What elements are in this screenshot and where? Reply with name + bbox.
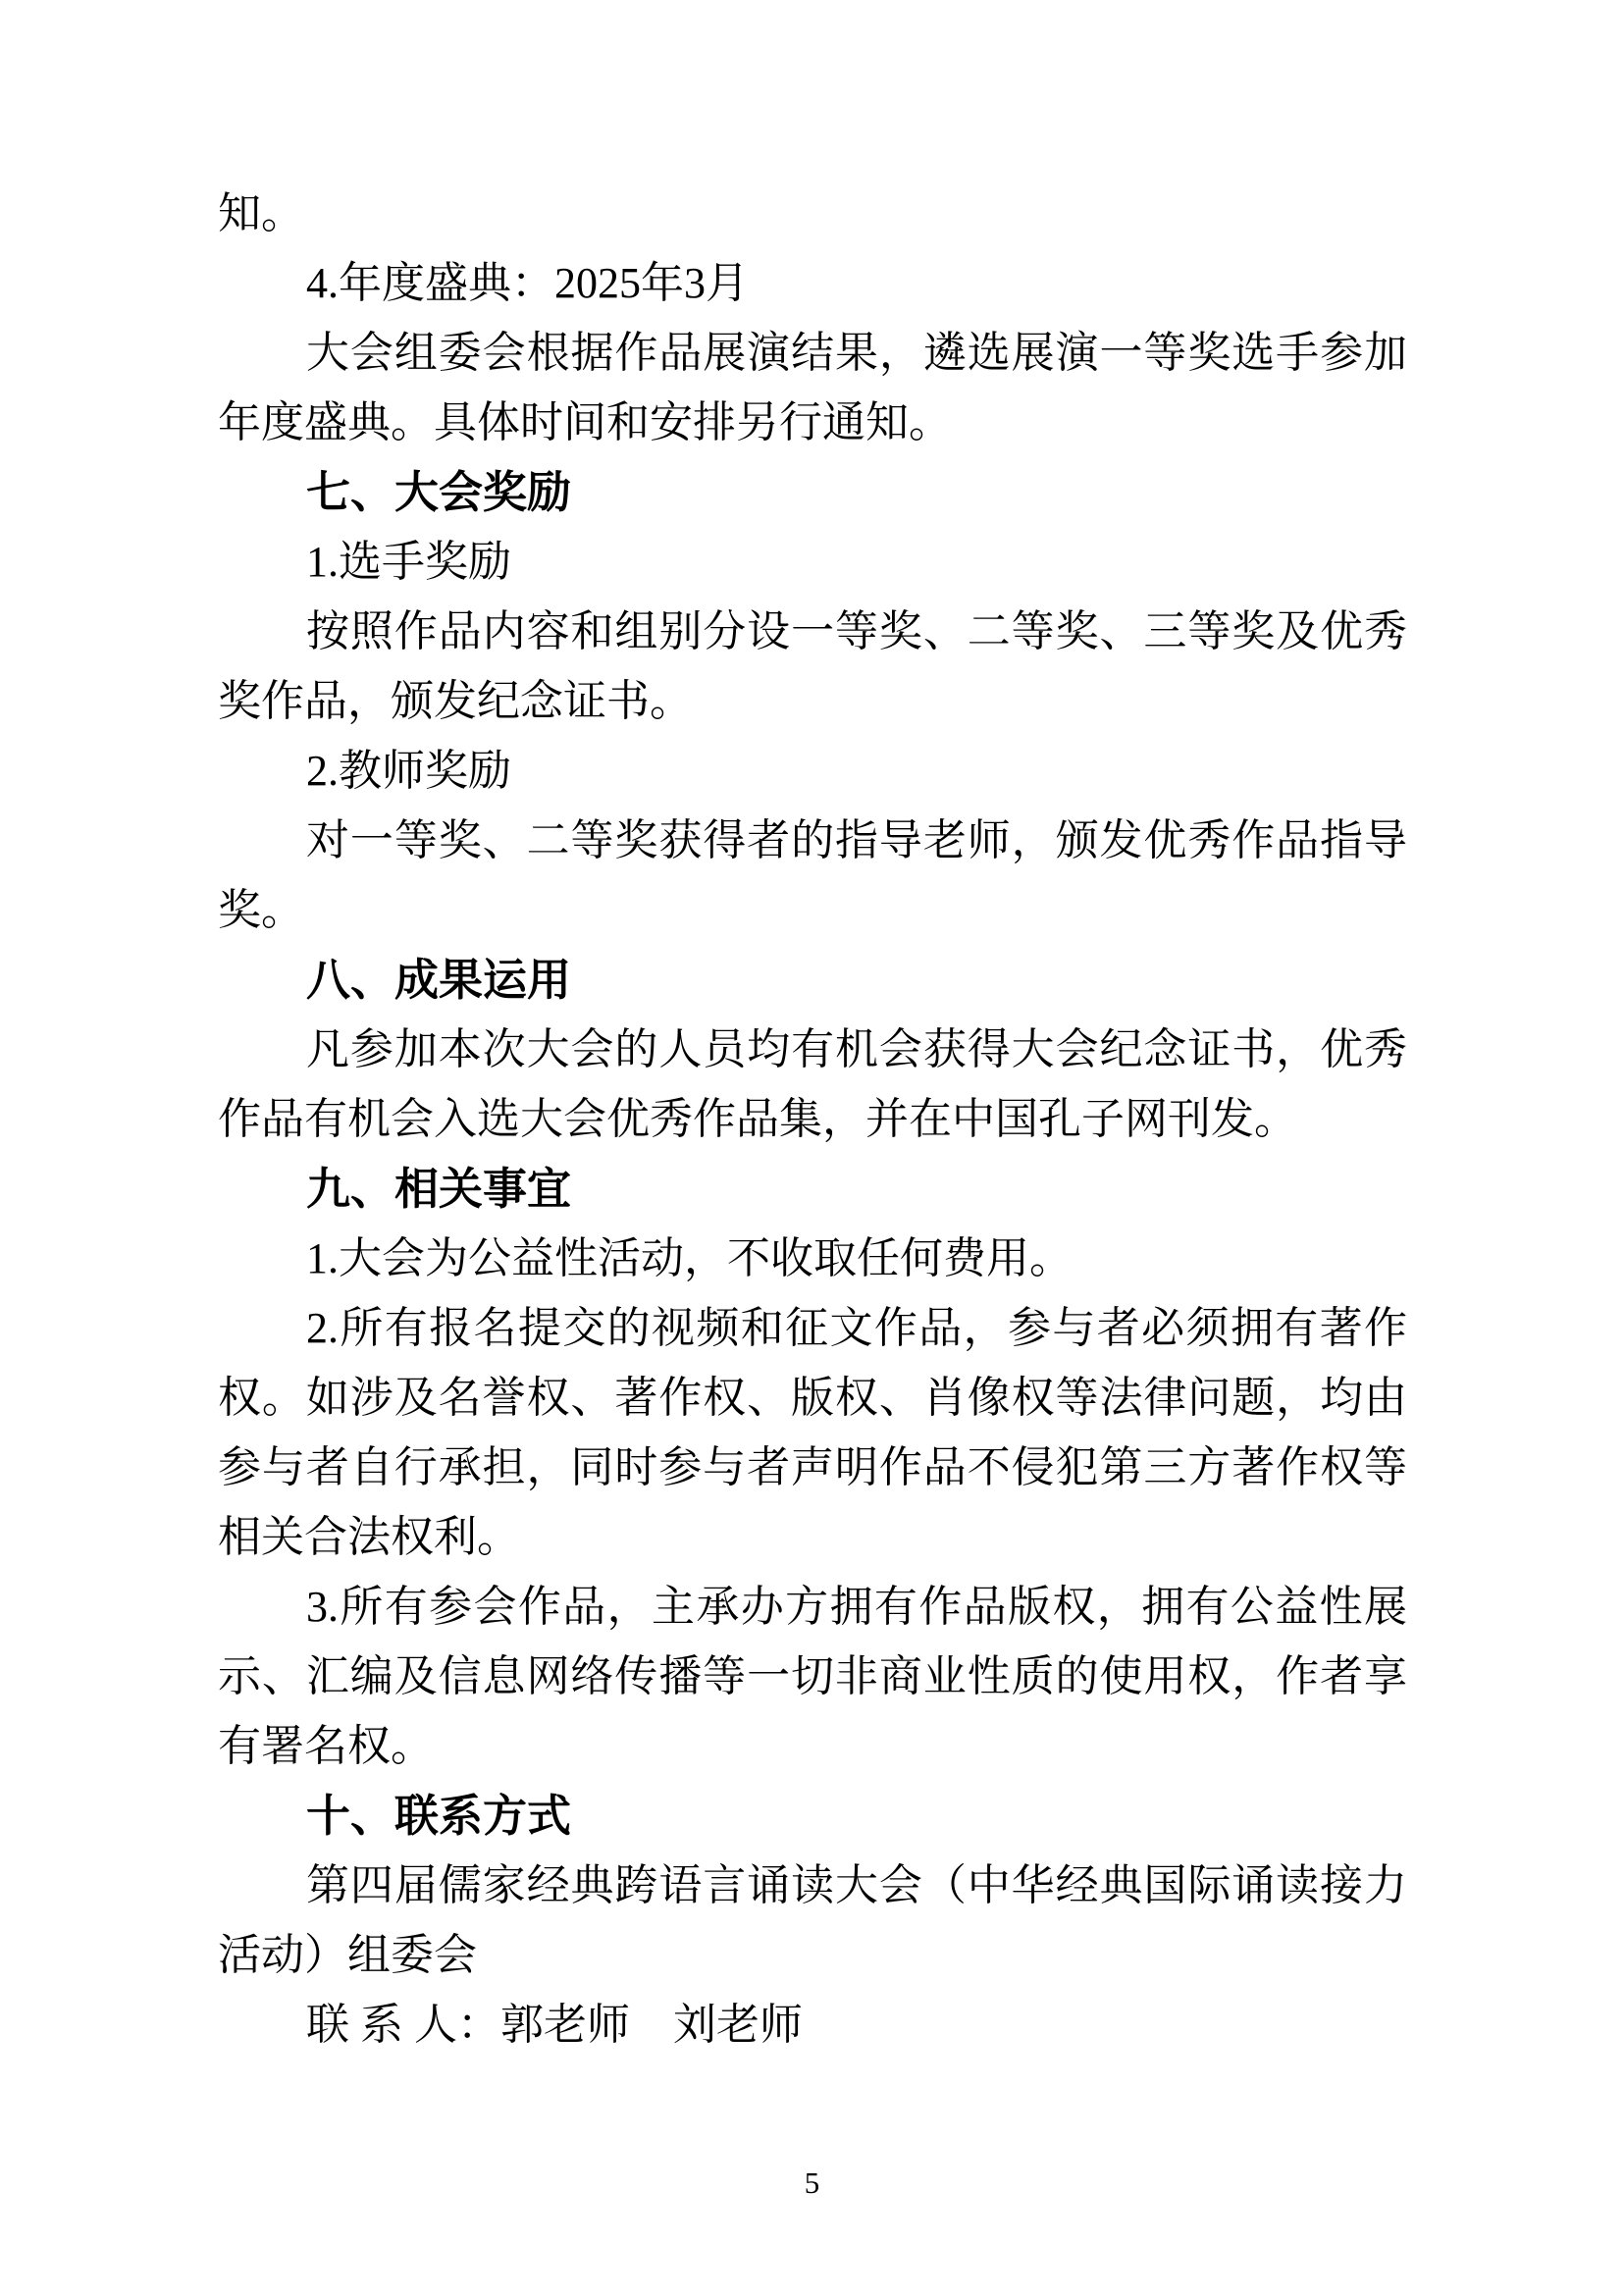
text-line: 知。 [218,179,1407,248]
text-line: 凡参加本次大会的人员均有机会获得大会纪念证书，优秀 [218,1015,1407,1084]
text-line: 奖。 [218,875,1407,945]
text-line: 活动）组委会 [218,1920,1407,1990]
text-line: 2.所有报名提交的视频和征文作品，参与者必须拥有著作 [218,1293,1407,1363]
section-heading: 八、成果运用 [218,945,1407,1015]
text-line: 示、汇编及信息网络传播等一切非商业性质的使用权，作者享 [218,1642,1407,1711]
text-line: 按照作品内容和组别分设一等奖、二等奖、三等奖及优秀 [218,597,1407,666]
text-line: 1.选手奖励 [218,527,1407,597]
document-body: 知。 4.年度盛典：2025年3月 大会组委会根据作品展演结果，遴选展演一等奖选… [218,179,1407,2060]
text-line: 年度盛典。具体时间和安排另行通知。 [218,388,1407,457]
section-heading: 九、相关事宜 [218,1154,1407,1224]
section-heading: 十、联系方式 [218,1781,1407,1851]
text-line: 第四届儒家经典跨语言诵读大会（中华经典国际诵读接力 [218,1851,1407,1920]
text-line: 权。如涉及名誉权、著作权、版权、肖像权等法律问题，均由 [218,1363,1407,1433]
text-line: 参与者自行承担，同时参与者声明作品不侵犯第三方著作权等 [218,1433,1407,1502]
text-line: 有署名权。 [218,1711,1407,1781]
text-line: 1.大会为公益性活动，不收取任何费用。 [218,1224,1407,1293]
text-line: 大会组委会根据作品展演结果，遴选展演一等奖选手参加 [218,318,1407,388]
text-line: 奖作品，颁发纪念证书。 [218,666,1407,736]
text-line: 2.教师奖励 [218,736,1407,806]
page-number: 5 [0,2162,1624,2205]
section-heading: 七、大会奖励 [218,457,1407,527]
text-line: 作品有机会入选大会优秀作品集，并在中国孔子网刊发。 [218,1084,1407,1154]
text-line: 3.所有参会作品，主承办方拥有作品版权，拥有公益性展 [218,1572,1407,1642]
text-line: 4.年度盛典：2025年3月 [218,248,1407,318]
document-page: 知。 4.年度盛典：2025年3月 大会组委会根据作品展演结果，遴选展演一等奖选… [0,0,1624,2295]
text-line: 对一等奖、二等奖获得者的指导老师，颁发优秀作品指导 [218,806,1407,875]
text-line: 联 系 人：郭老师 刘老师 [218,1990,1407,2060]
text-line: 相关合法权利。 [218,1502,1407,1572]
